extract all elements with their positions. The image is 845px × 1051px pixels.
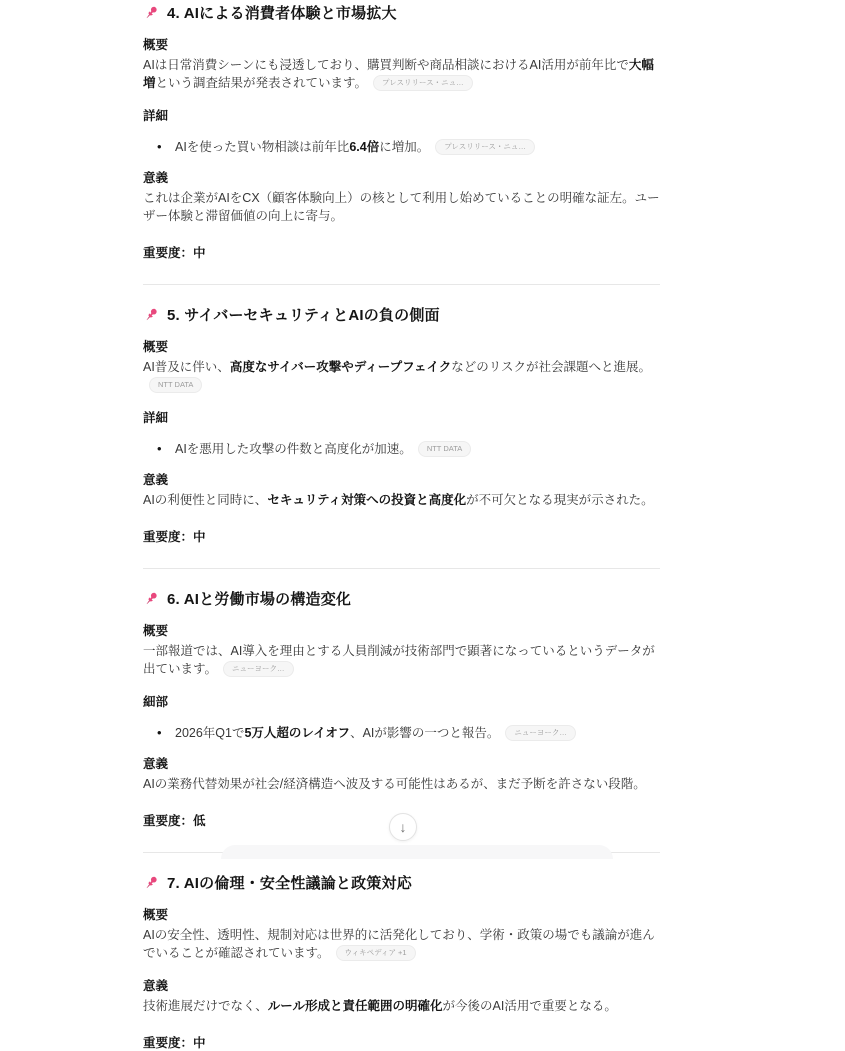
overview-text: 一部報道では、AI導入を理由とする人員削減が技術部門で顕著になっているというデー… <box>143 642 660 678</box>
down-arrow-icon: ↓ <box>400 819 407 835</box>
text-segment: に増加。 <box>379 140 429 154</box>
text-segment: 、AIが影響の一つと報告。 <box>350 726 499 740</box>
importance-level: 重要度：中 <box>143 243 660 261</box>
list-item: AIを悪用した攻撃の件数と高度化が加速。NTT DATA <box>143 440 660 458</box>
text-segment: AIは日常消費シーンにも浸透しており、購買判断や商品相談におけるAI活用が前年比… <box>143 58 629 72</box>
pushpin-icon <box>143 591 159 607</box>
text-segment: AIを使った買い物相談は前年比 <box>175 140 349 154</box>
text-segment: 2026年Q1で <box>175 726 244 740</box>
section-title: 4. AIによる消費者体験と市場拡大 <box>167 2 397 23</box>
text-segment: これは企業がAIをCX（顧客体験向上）の核として利用し始めていることの明確な証左… <box>143 191 660 223</box>
text-segment-bold: 高度なサイバー攻撃やディープフェイク <box>230 360 451 374</box>
details-label: 細部 <box>143 692 660 710</box>
importance-level: 重要度：中 <box>143 527 660 545</box>
overview-text: AIは日常消費シーンにも浸透しており、購買判断や商品相談におけるAI活用が前年比… <box>143 56 660 92</box>
overview-text: AI普及に伴い、高度なサイバー攻撃やディープフェイクなどのリスクが社会課題へと進… <box>143 358 660 394</box>
section-title: 5. サイバーセキュリティとAIの負の側面 <box>167 304 440 325</box>
source-badge[interactable]: プレスリリース・ニュ… <box>373 75 473 91</box>
text-segment: という調査結果が発表されています。 <box>156 76 368 90</box>
list-item: AIを使った買い物相談は前年比6.4倍に増加。プレスリリース・ニュ… <box>143 138 660 156</box>
text-segment: AI普及に伴い、 <box>143 360 230 374</box>
source-badge[interactable]: NTT DATA <box>418 441 471 457</box>
significance-text: AIの利便性と同時に、セキュリティ対策への投資と高度化が不可欠となる現実が示され… <box>143 491 660 509</box>
text-segment: AIを悪用した攻撃の件数と高度化が加速。 <box>175 442 412 456</box>
pushpin-icon <box>143 5 159 21</box>
overview-label: 概要 <box>143 337 660 355</box>
details-list: AIを使った買い物相談は前年比6.4倍に増加。プレスリリース・ニュ… <box>143 138 660 156</box>
source-badge[interactable]: ニューヨーク… <box>223 661 294 677</box>
text-segment: 一部報道では、AI導入を理由とする人員削減が技術部門で顕著になっているというデー… <box>143 644 655 676</box>
significance-label: 意義 <box>143 168 660 186</box>
text-segment: AIの利便性と同時に、 <box>143 493 267 507</box>
source-badge[interactable]: NTT DATA <box>149 377 202 393</box>
source-badge[interactable]: ニューヨーク… <box>505 725 576 741</box>
text-segment: などのリスクが社会課題へと進展。 <box>451 360 651 374</box>
text-segment-bold: 6.4倍 <box>349 140 379 154</box>
details-list: AIを悪用した攻撃の件数と高度化が加速。NTT DATA <box>143 440 660 458</box>
section-5: 5. サイバーセキュリティとAIの負の側面 概要 AI普及に伴い、高度なサイバー… <box>143 304 660 545</box>
details-label: 詳細 <box>143 408 660 426</box>
text-segment: が不可欠となる現実が示された。 <box>466 493 654 507</box>
section-divider <box>143 284 660 285</box>
significance-text: AIの業務代替効果が社会/経済構造へ波及する可能性はあるが、まだ予断を許さない段… <box>143 775 660 793</box>
text-segment-bold: セキュリティ対策への投資と高度化 <box>267 493 466 507</box>
source-badge[interactable]: プレスリリース・ニュ… <box>435 139 535 155</box>
list-item: 2026年Q1で5万人超のレイオフ、AIが影響の一つと報告。ニューヨーク… <box>143 724 660 742</box>
overview-label: 概要 <box>143 35 660 53</box>
details-list: 2026年Q1で5万人超のレイオフ、AIが影響の一つと報告。ニューヨーク… <box>143 724 660 742</box>
scroll-to-bottom-button[interactable]: ↓ <box>389 813 417 841</box>
section-divider <box>143 568 660 569</box>
section-5-heading: 5. サイバーセキュリティとAIの負の側面 <box>143 304 660 325</box>
report-document: 4. AIによる消費者体験と市場拡大 概要 AIは日常消費シーンにも浸透しており… <box>143 0 660 852</box>
composer-panel-edge[interactable] <box>221 845 613 852</box>
section-6: 6. AIと労働市場の構造変化 概要 一部報道では、AI導入を理由とする人員削減… <box>143 588 660 829</box>
overview-label: 概要 <box>143 621 660 639</box>
text-segment-bold: 5万人超のレイオフ <box>244 726 350 740</box>
details-label: 詳細 <box>143 106 660 124</box>
section-4-heading: 4. AIによる消費者体験と市場拡大 <box>143 2 660 23</box>
pushpin-icon <box>143 307 159 323</box>
section-4: 4. AIによる消費者体験と市場拡大 概要 AIは日常消費シーンにも浸透しており… <box>143 2 660 261</box>
text-segment: AIの業務代替効果が社会/経済構造へ波及する可能性はあるが、まだ予断を許さない段… <box>143 777 646 791</box>
significance-label: 意義 <box>143 470 660 488</box>
section-6-heading: 6. AIと労働市場の構造変化 <box>143 588 660 609</box>
significance-text: これは企業がAIをCX（顧客体験向上）の核として利用し始めていることの明確な証左… <box>143 189 660 225</box>
significance-label: 意義 <box>143 754 660 772</box>
section-title: 6. AIと労働市場の構造変化 <box>167 588 351 609</box>
